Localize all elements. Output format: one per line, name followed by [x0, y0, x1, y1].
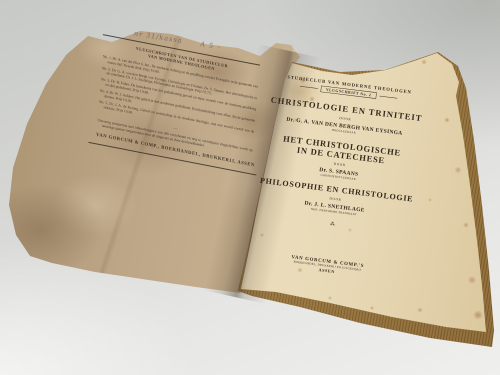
issue-rule-left [300, 86, 318, 89]
issue-rule-right [379, 96, 397, 99]
title-page-content: STUDIECLUB VAN MODERNE THEOLOGEN VLUGSCH… [245, 72, 432, 283]
photo-open-booklet: nr 31/kassa A 5 – VLUGSCHRIFTEN VAN DE S… [0, 0, 500, 375]
